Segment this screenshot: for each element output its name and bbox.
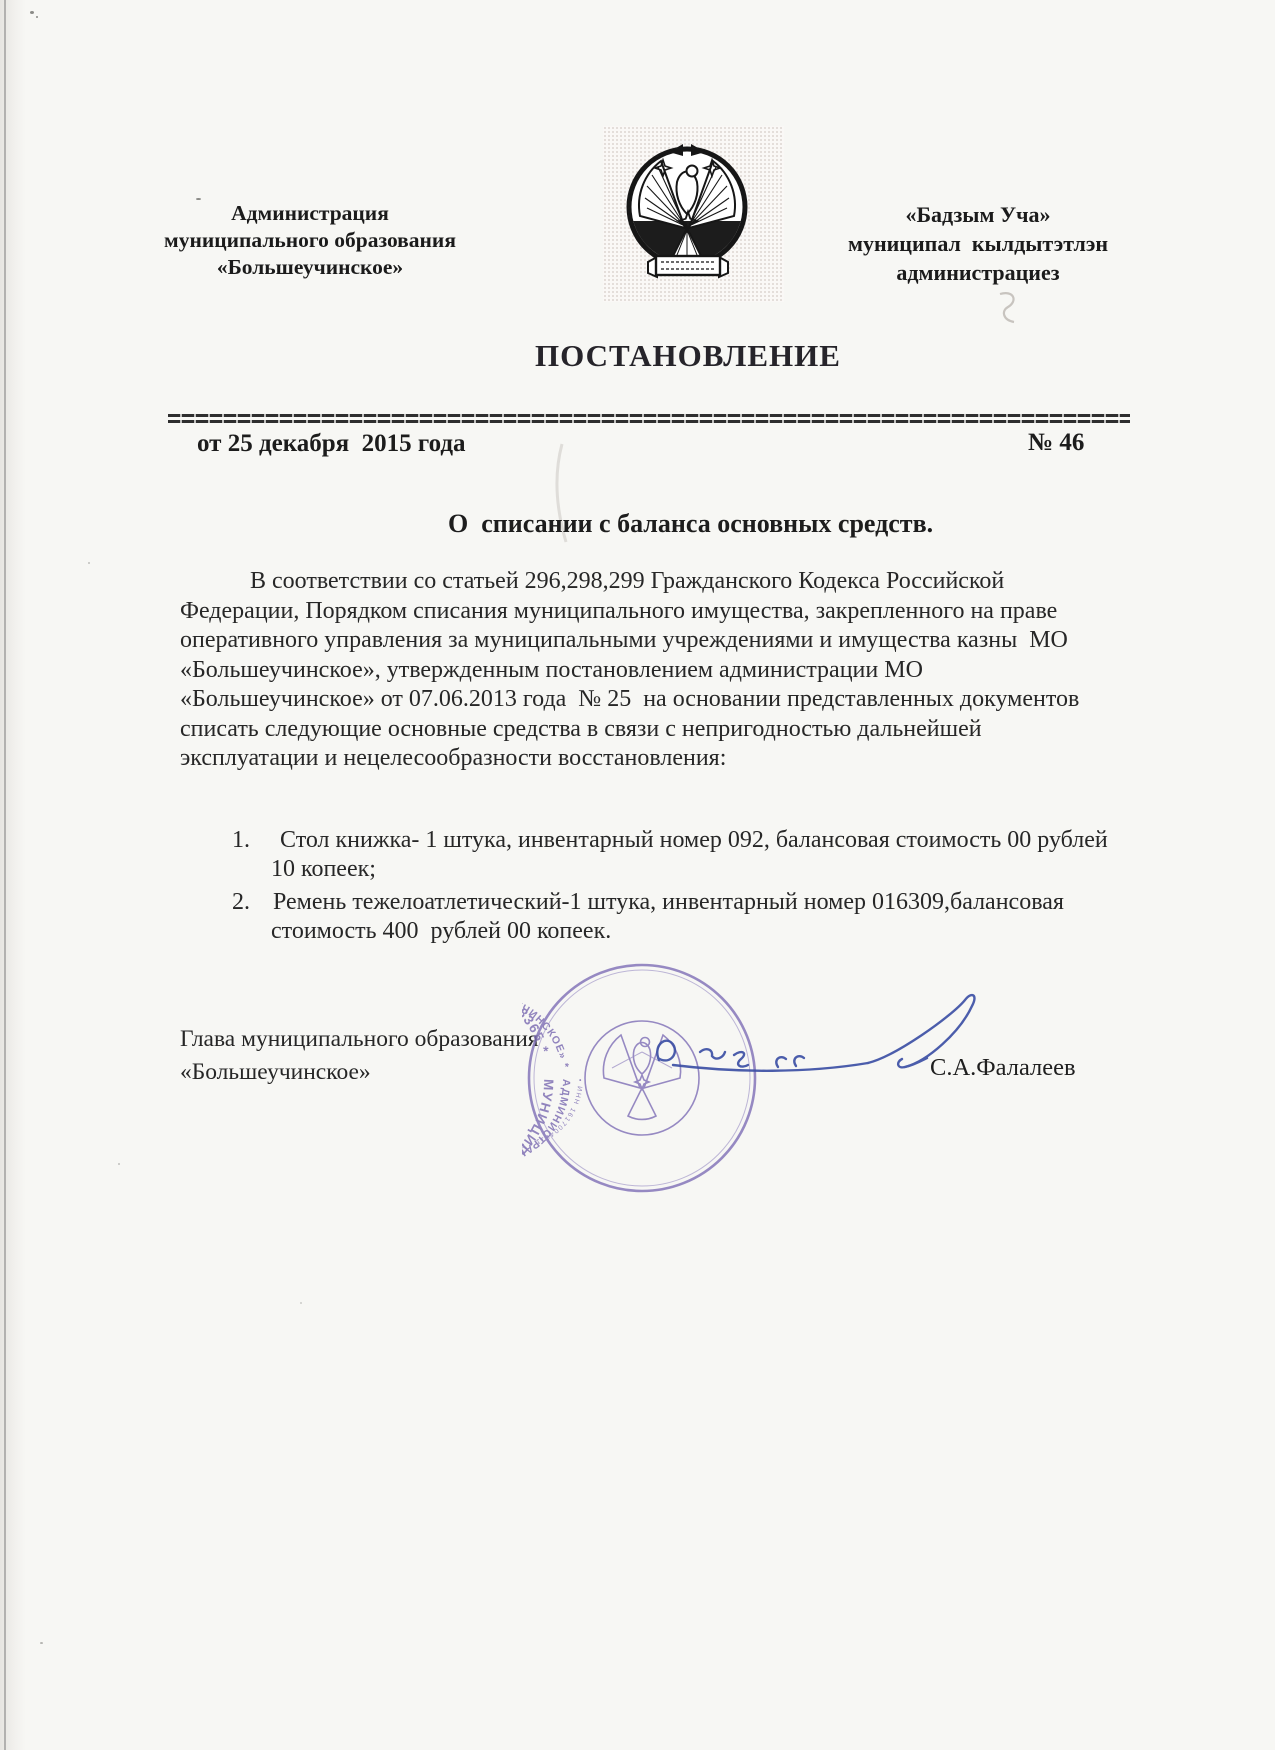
- body-line: списать следующие основные средства в св…: [180, 715, 1079, 745]
- rule-bottom-bar: [168, 420, 1130, 423]
- scan-speck: [30, 11, 34, 14]
- list-item-1: 1.Стол книжка- 1 штука, инвентарный номе…: [232, 827, 1108, 854]
- scan-speck: [88, 562, 90, 564]
- org-left-line1: Администрация: [150, 200, 470, 227]
- scan-speck: [36, 16, 38, 18]
- list-item-number: 1.: [232, 827, 280, 854]
- org-name-right: «Бадзым Уча» муниципал кылдытэтлэн админ…: [818, 200, 1138, 287]
- list-item-2-cont: стоимость 400 рублей 00 копеек.: [271, 918, 611, 945]
- document-title: ПОСТАНОВЛЕНИЕ: [535, 338, 841, 374]
- list-item-text: 10 копеек;: [271, 856, 376, 882]
- scan-edge-line: [4, 0, 6, 1750]
- scan-speck: [40, 1642, 43, 1644]
- body-paragraph: В соответствии со статьей 296,298,299 Гр…: [180, 567, 1079, 774]
- signature-title-line2: «Большеучинское»: [180, 1059, 371, 1086]
- org-left-line2: муниципального образования: [150, 227, 470, 254]
- org-right-line2: муниципал кылдытэтлэн: [818, 229, 1138, 258]
- scan-speck: [196, 198, 201, 200]
- subject-line: О списании с баланса основных средств.: [448, 509, 933, 539]
- body-line: «Большеучинское», утвержденным постановл…: [180, 656, 1079, 686]
- scan-speck: [118, 1163, 120, 1165]
- scanned-decree-page: Администрация муниципального образования…: [0, 0, 1275, 1750]
- list-item-2: 2.Ремень тежелоатлетический-1 штука, инв…: [232, 889, 1064, 916]
- scan-curl-artifact: [988, 288, 1032, 332]
- coat-of-arms-emblem: [603, 126, 784, 302]
- body-line: оперативного управления за муниципальным…: [180, 626, 1079, 656]
- coat-of-arms-graphic: [603, 126, 784, 302]
- list-item-text: Стол книжка- 1 штука, инвентарный номер …: [280, 827, 1108, 853]
- org-right-line3: администрациез: [818, 258, 1138, 287]
- body-line: В соответствии со статьей 296,298,299 Гр…: [180, 567, 1079, 597]
- body-line: «Большеучинское» от 07.06.2013 года № 25…: [180, 685, 1079, 715]
- list-item-number: 2.: [232, 889, 273, 916]
- body-line: эксплуатации и нецелесообразности восста…: [180, 744, 1079, 774]
- list-item-text: стоимость 400 рублей 00 копеек.: [271, 918, 611, 944]
- double-rule: [168, 414, 1130, 423]
- org-left-line3: «Большеучинское»: [150, 254, 470, 281]
- scan-speck: [300, 1302, 302, 1304]
- signature-title-line1: Глава муниципального образования: [180, 1026, 539, 1053]
- list-item-1-cont: 10 копеек;: [271, 856, 376, 883]
- body-line: Федерации, Порядком списания муниципальн…: [180, 597, 1079, 627]
- signature-ink: [628, 940, 998, 1080]
- document-number: № 46: [1028, 429, 1084, 457]
- org-name-left: Администрация муниципального образования…: [150, 200, 470, 281]
- list-item-text: Ремень тежелоатлетический-1 штука, инвен…: [273, 889, 1064, 915]
- org-right-line1: «Бадзым Уча»: [818, 200, 1138, 229]
- document-date: от 25 декабря 2015 года: [197, 430, 466, 458]
